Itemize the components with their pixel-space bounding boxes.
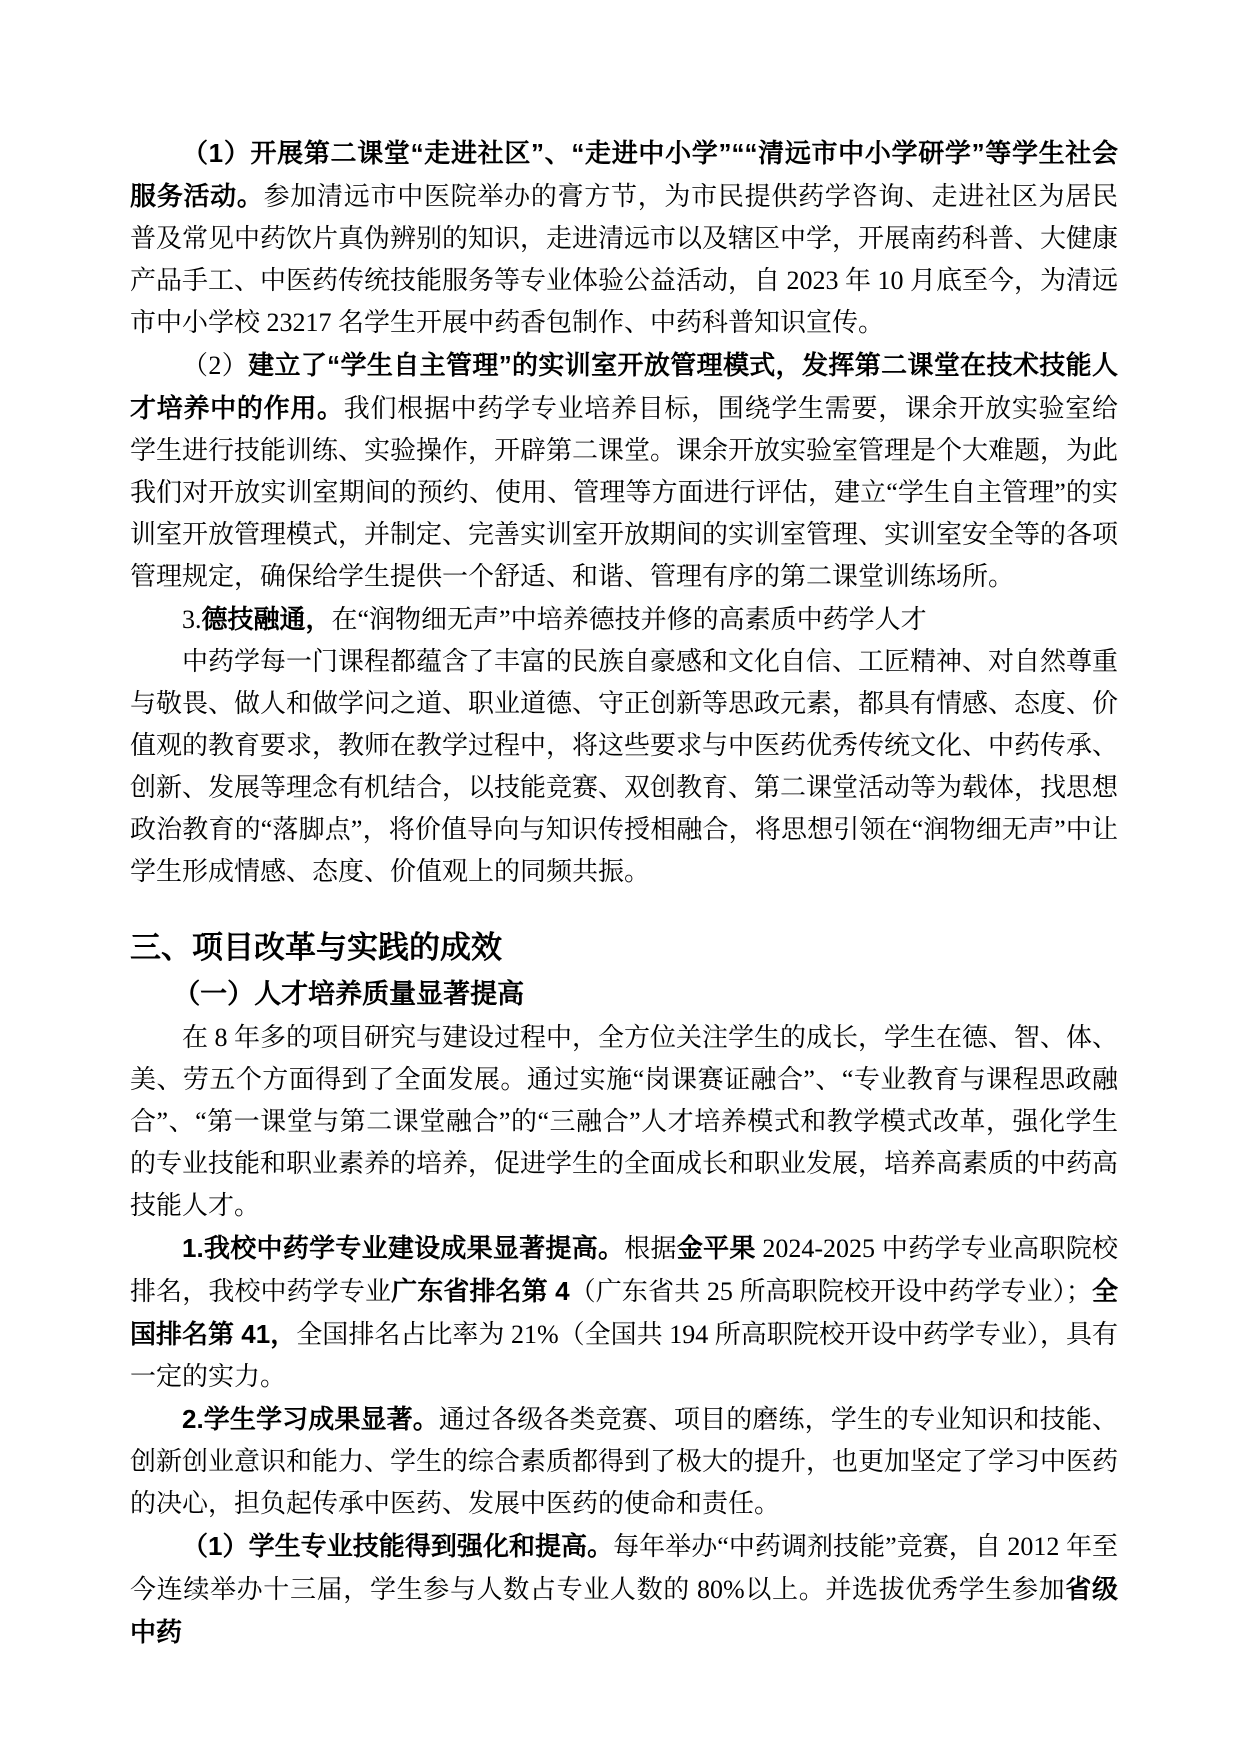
text-run: （2） [182, 351, 248, 380]
bold-text-run: 金平果 [677, 1233, 756, 1263]
text-run: 3. [182, 605, 202, 634]
paragraph-talent-cultivation-overview: 在 8 年多的项目研究与建设过程中，全方位关注学生的成长，学生在德、智、体、美、… [130, 1017, 1118, 1227]
bold-text-run: 德技融通， [202, 604, 332, 634]
bold-text-run: 2.学生学习成果显著。 [182, 1404, 439, 1434]
text-run: 中药学每一门课程都蕴含了丰富的民族自豪感和文化自信、工匠精神、对自然尊重与敬畏、… [130, 647, 1118, 886]
text-run: 在 8 年多的项目研究与建设过程中，全方位关注学生的成长，学生在德、智、体、美、… [130, 1023, 1118, 1220]
text-run: 参加清远市中医院举办的膏方节，为市民提供药学咨询、走进社区为居民普及常见中药饮片… [130, 182, 1118, 337]
paragraph-virtue-skill-integration-title: 3.德技融通，在“润物细无声”中培养德技并修的高素质中药学人才 [130, 598, 1118, 641]
section-heading: 三、项目改革与实践的成效 [130, 925, 1118, 971]
paragraph-curriculum-ideology: 中药学每一门课程都蕴含了丰富的民族自豪感和文化自信、工匠精神、对自然尊重与敬畏、… [130, 641, 1118, 893]
bold-text-run: 1.我校中药学专业建设成果显著提高。 [182, 1233, 624, 1263]
paragraph-student-self-management: （2）建立了“学生自主管理”的实训室开放管理模式，发挥第二课堂在技术技能人才培养… [130, 344, 1118, 598]
paragraph-second-classroom-activities: （1）开展第二课堂“走进社区”、“走进中小学”““清远市中小学研学”等学生社会服… [130, 132, 1118, 344]
text-run: 在“润物细无声”中培养德技并修的高素质中药学人才 [332, 605, 927, 634]
bold-text-run: 广东省排名第 4 [391, 1276, 569, 1306]
bold-text-run: （1）学生专业技能得到强化和提高。 [182, 1531, 613, 1561]
text-run: 根据 [624, 1234, 677, 1263]
text-run: （广东省共 25 所高职院校开设中药学专业）； [570, 1277, 1092, 1306]
paragraph-student-learning-achievements: 2.学生学习成果显著。通过各级各类竞赛、项目的磨练，学生的专业知识和技能、创新创… [130, 1398, 1118, 1525]
document-page: （1）开展第二课堂“走进社区”、“走进中小学”““清远市中小学研学”等学生社会服… [0, 0, 1240, 1753]
document-content: （1）开展第二课堂“走进社区”、“走进中小学”““清远市中小学研学”等学生社会服… [130, 132, 1118, 1654]
subsection-heading: （一）人才培养质量显著提高 [130, 971, 1118, 1017]
paragraph-student-skill-competition: （1）学生专业技能得到强化和提高。每年举办“中药调剂技能”竞赛，自 2012 年… [130, 1525, 1118, 1654]
paragraph-major-construction-ranking: 1.我校中药学专业建设成果显著提高。根据金平果 2024-2025 中药学专业高… [130, 1227, 1118, 1398]
text-run: 我们根据中药学专业培养目标，围绕学生需要，课余开放实验室给学生进行技能训练、实验… [130, 394, 1118, 591]
